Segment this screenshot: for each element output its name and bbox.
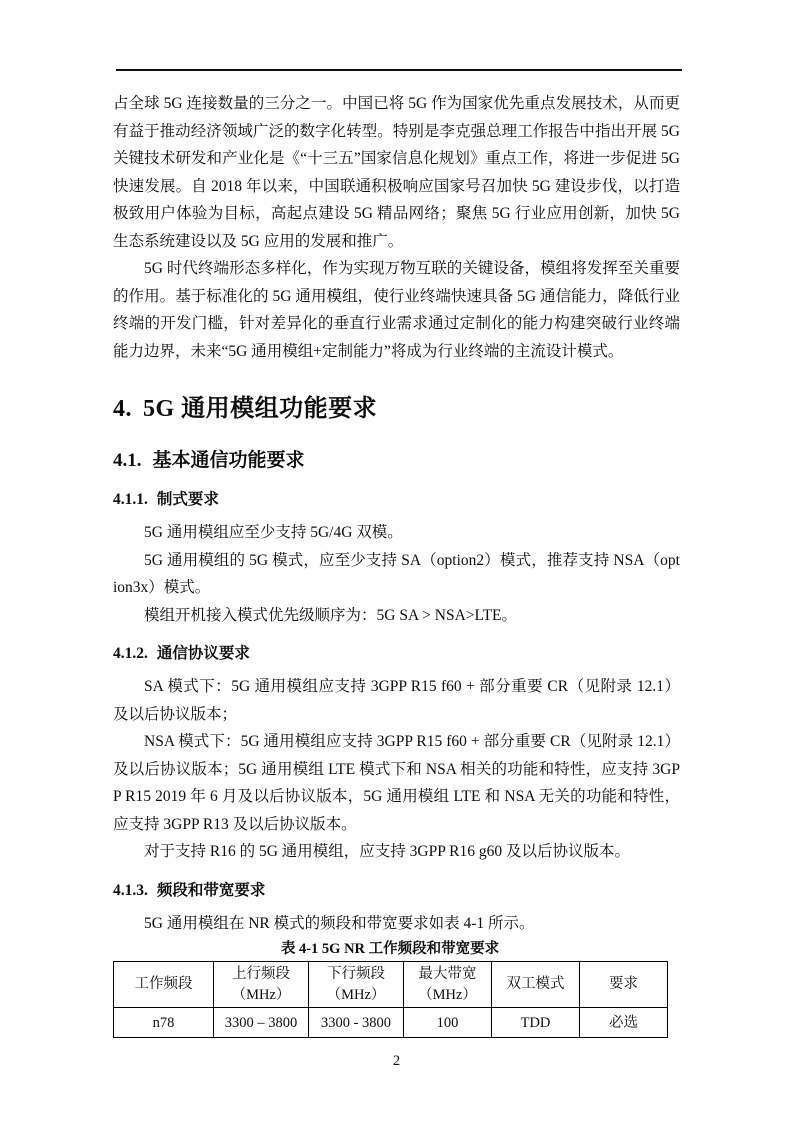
heading-title: 频段和带宽要求 (157, 882, 266, 899)
heading-number: 4. (113, 396, 132, 422)
heading-title: 制式要求 (157, 491, 219, 508)
paragraph-intro-2: 5G 时代终端形态多样化，作为实现万物互联的关键设备，模组将发挥至关重要的作用。… (113, 255, 680, 365)
col-header-downlink: 下行频段 （MHz） (309, 962, 404, 1008)
col-header-requirement: 要求 (580, 962, 668, 1008)
cell-requirement: 必选 (580, 1008, 668, 1038)
paragraph-413-1: 5G 通用模组在 NR 模式的频段和带宽要求如表 4-1 所示。 (113, 910, 680, 938)
heading-section-4-1-1: 4.1.1.制式要求 (113, 487, 680, 513)
cell-uplink: 3300 – 3800 (214, 1008, 309, 1038)
paragraph-intro-1: 占全球 5G 连接数量的三分之一。中国已将 5G 作为国家优先重点发展技术，从而… (113, 90, 680, 255)
band-table-block: 表 4-1 5G NR 工作频段和带宽要求 工作频段 上行频段 （MHz） 下行… (113, 939, 667, 1038)
cell-band: n78 (114, 1008, 214, 1038)
table-row: n78 3300 – 3800 3300 - 3800 100 TDD 必选 (114, 1008, 668, 1038)
cell-downlink: 3300 - 3800 (309, 1008, 404, 1038)
paragraph-412-1: SA 模式下：5G 通用模组应支持 3GPP R15 f60 + 部分重要 CR… (113, 673, 680, 728)
heading-section-4: 4.5G 通用模组功能要求 (113, 391, 680, 427)
paragraph-412-3: 对于支持 R16 的 5G 通用模组，应支持 3GPP R16 g60 及以后协… (113, 838, 680, 866)
paragraph-411-3: 模组开机接入模式优先级顺序为：5G SA > NSA>LTE。 (113, 602, 680, 630)
table-header-row: 工作频段 上行频段 （MHz） 下行频段 （MHz） 最大带宽 （MHz） 双工… (114, 962, 668, 1008)
table-caption: 表 4-1 5G NR 工作频段和带宽要求 (113, 939, 667, 959)
cell-max-bandwidth: 100 (404, 1008, 492, 1038)
page-number: 2 (113, 1051, 680, 1071)
header-rule (116, 69, 682, 71)
heading-number: 4.1.2. (113, 645, 148, 662)
heading-number: 4.1. (113, 450, 142, 471)
col-header-uplink: 上行频段 （MHz） (214, 962, 309, 1008)
paragraph-412-2: NSA 模式下：5G 通用模组应支持 3GPP R15 f60 + 部分重要 C… (113, 728, 680, 838)
heading-section-4-1: 4.1.基本通信功能要求 (113, 447, 680, 475)
col-header-band: 工作频段 (114, 962, 214, 1008)
paragraph-411-2: 5G 通用模组的 5G 模式，应至少支持 SA（option2）模式，推荐支持 … (113, 547, 680, 602)
cell-duplex-mode: TDD (492, 1008, 580, 1038)
heading-number: 4.1.1. (113, 491, 148, 508)
heading-title: 通信协议要求 (157, 645, 250, 662)
heading-title: 5G 通用模组功能要求 (143, 396, 377, 422)
nr-band-table: 工作频段 上行频段 （MHz） 下行频段 （MHz） 最大带宽 （MHz） 双工… (113, 961, 668, 1038)
col-header-duplex-mode: 双工模式 (492, 962, 580, 1008)
paragraph-411-1: 5G 通用模组应至少支持 5G/4G 双模。 (113, 519, 680, 547)
heading-title: 基本通信功能要求 (153, 450, 305, 471)
col-header-max-bandwidth: 最大带宽 （MHz） (404, 962, 492, 1008)
heading-section-4-1-2: 4.1.2.通信协议要求 (113, 641, 680, 667)
document-page: 占全球 5G 连接数量的三分之一。中国已将 5G 作为国家优先重点发展技术，从而… (0, 0, 793, 1122)
heading-number: 4.1.3. (113, 882, 148, 899)
heading-section-4-1-3: 4.1.3.频段和带宽要求 (113, 878, 680, 904)
